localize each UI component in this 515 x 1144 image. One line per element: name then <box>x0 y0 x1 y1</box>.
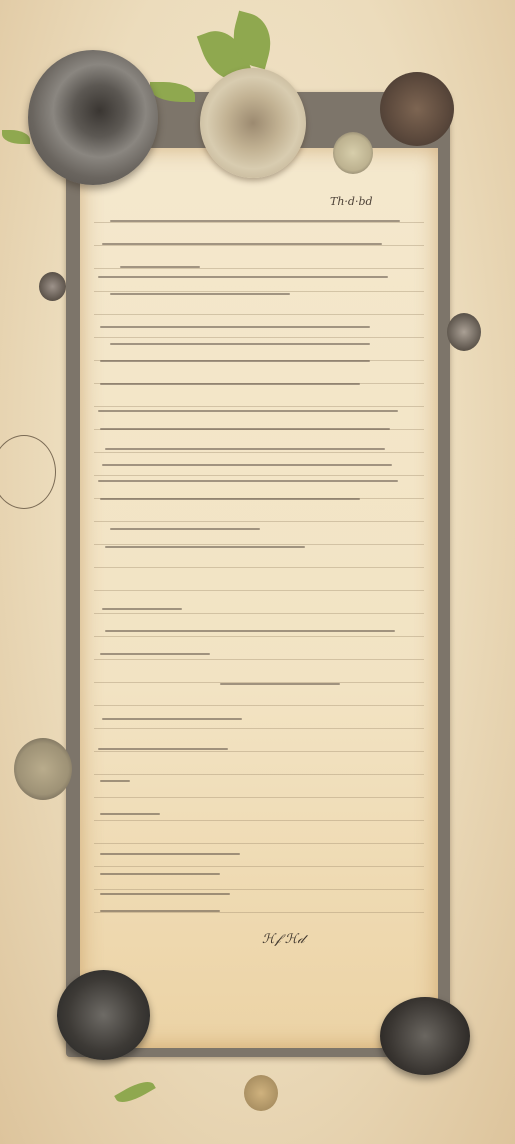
button-ornament-icon <box>447 313 481 351</box>
ruled-lines <box>94 200 424 928</box>
leaf-icon <box>2 130 30 144</box>
letter-paper <box>80 148 438 1048</box>
wax-seal-icon <box>200 68 306 178</box>
leaf-icon <box>114 1076 156 1108</box>
coin-icon <box>244 1075 278 1111</box>
wax-seal-icon <box>380 72 454 146</box>
signature: ℋ𝒻 ℋ𝒹 <box>262 932 304 947</box>
rose-icon <box>28 50 158 185</box>
wax-seal-icon <box>380 997 470 1075</box>
wax-seal-icon <box>333 132 373 174</box>
button-ornament-icon <box>39 272 66 301</box>
heading-note: Th·d·bd <box>330 195 373 208</box>
ink-ring <box>0 435 56 509</box>
wax-seal-icon <box>14 738 72 800</box>
wax-seal-icon <box>57 970 150 1060</box>
